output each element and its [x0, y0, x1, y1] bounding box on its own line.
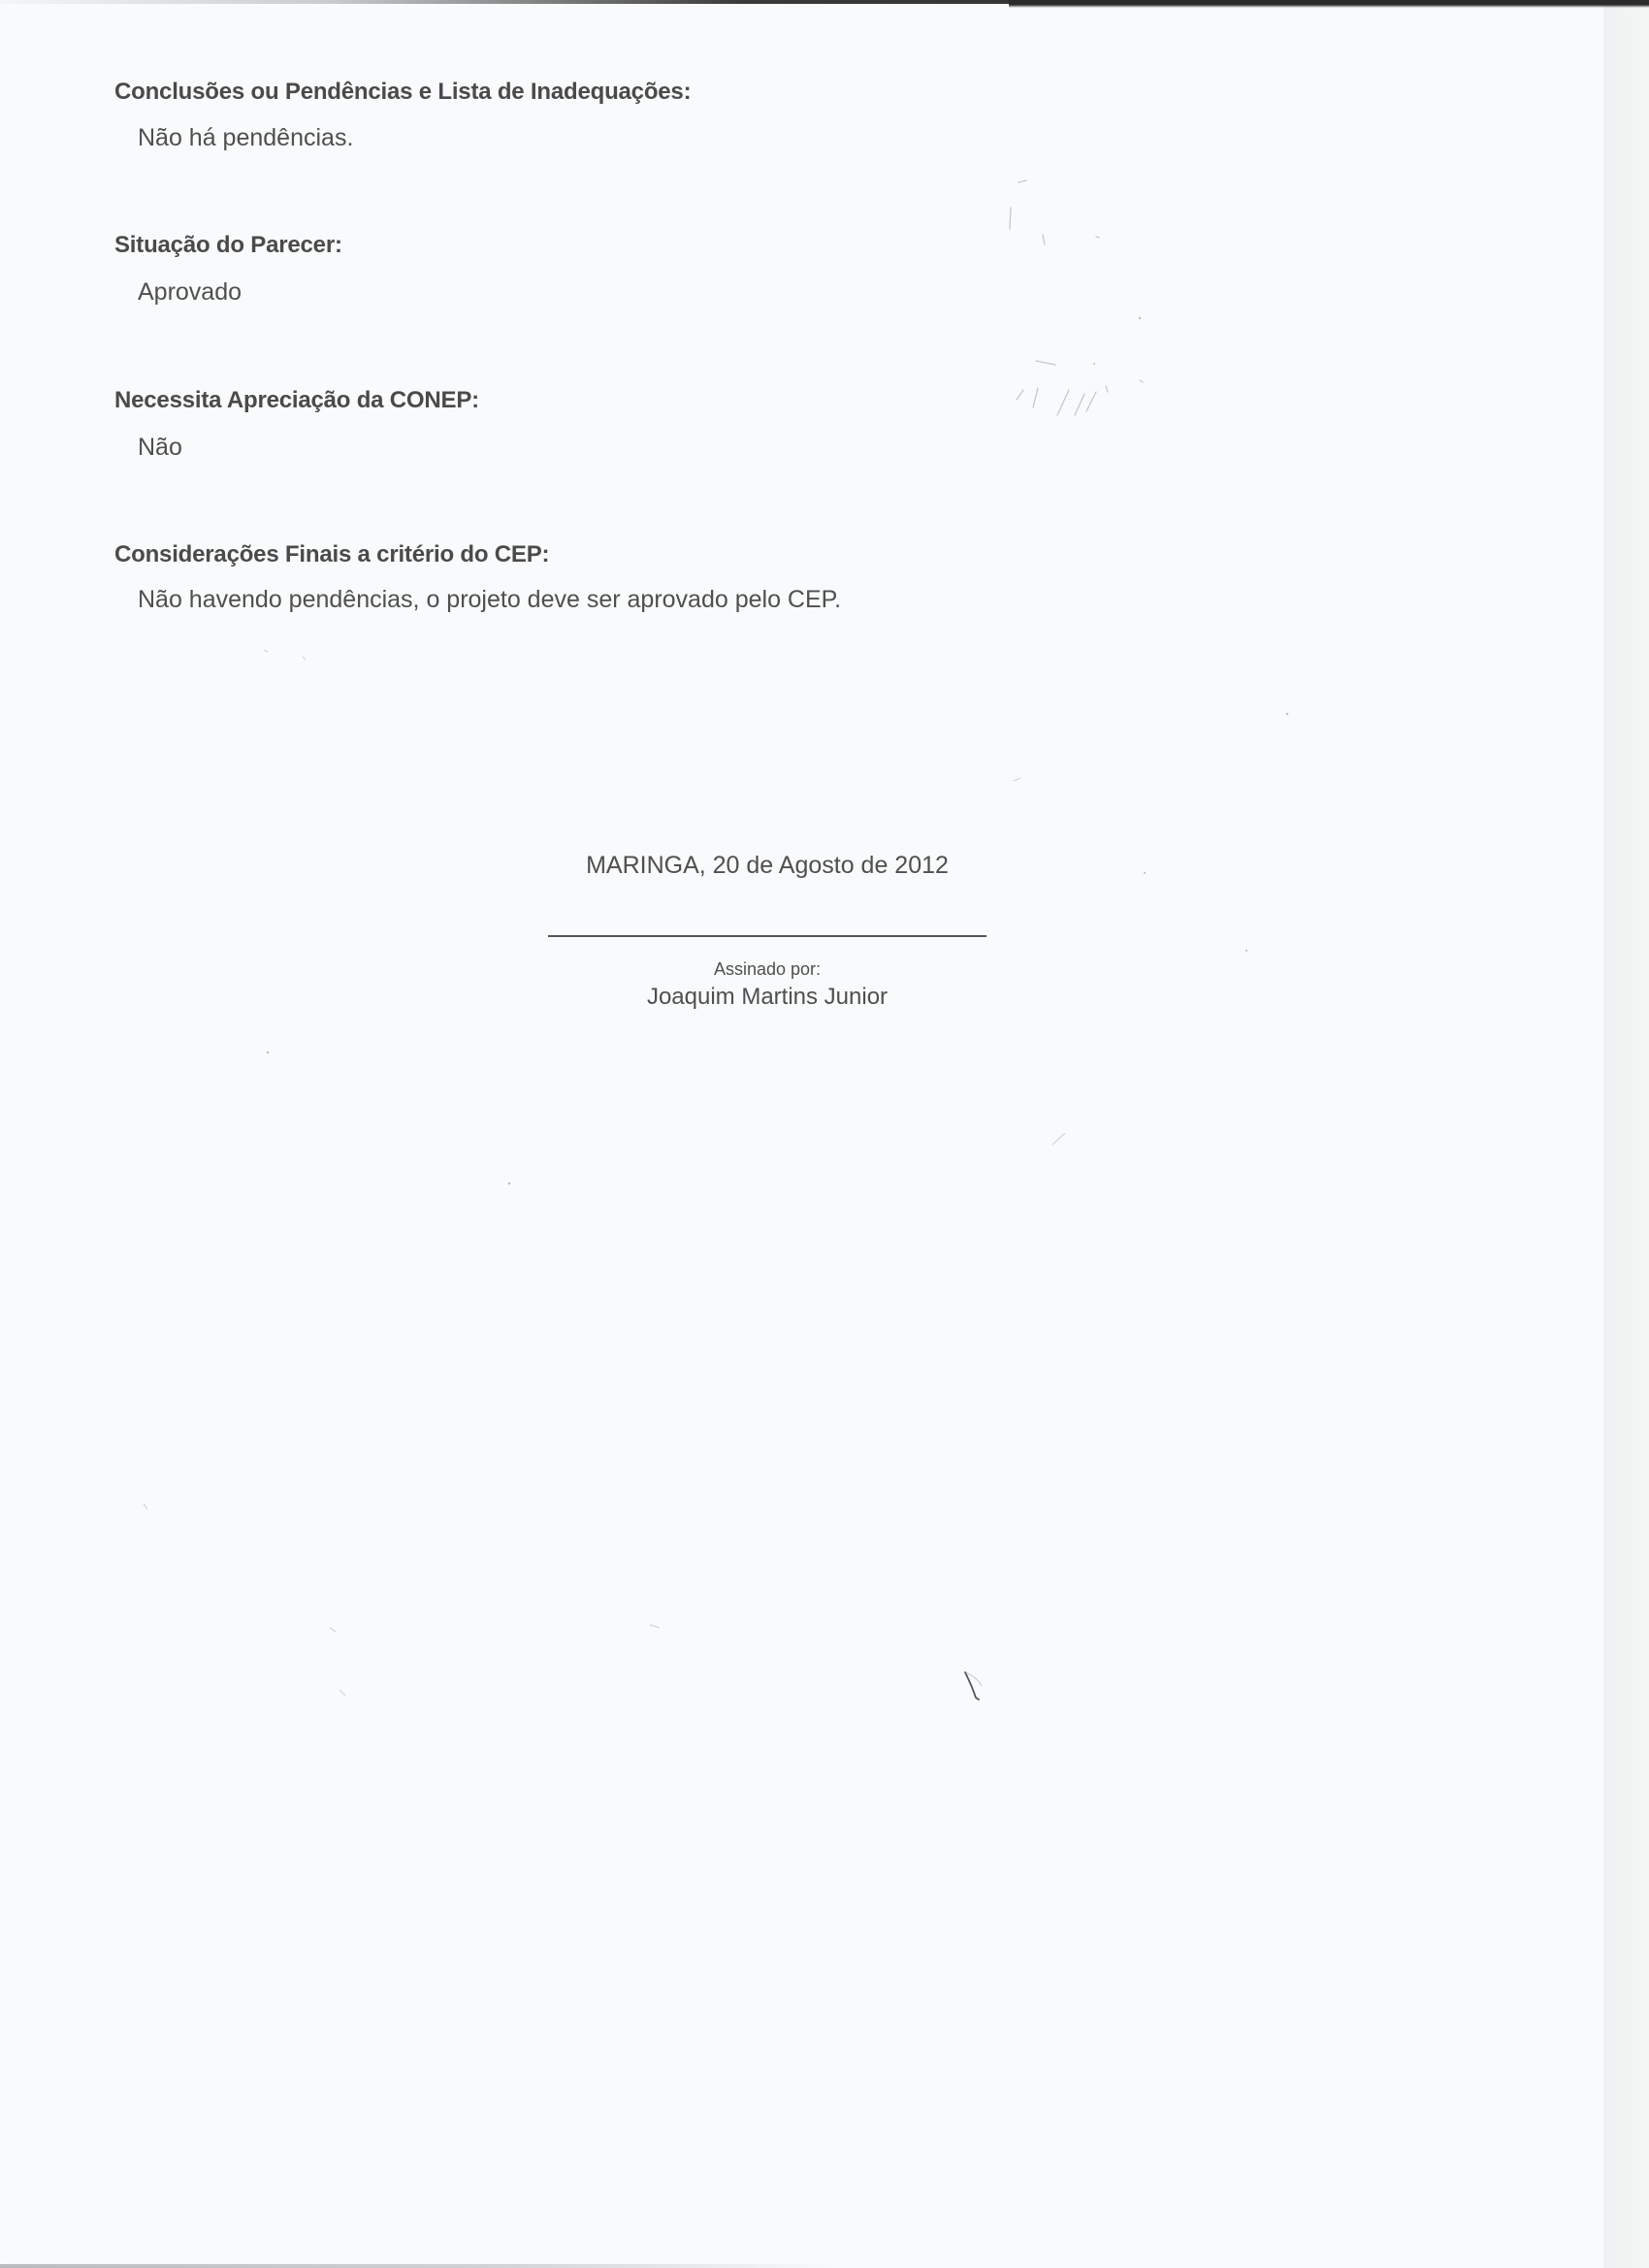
- scanned-page: [0, 0, 1603, 2268]
- signature-block: MARINGA, 20 de Agosto de 2012 Assinado p…: [548, 854, 986, 878]
- section-content-conep: Não: [138, 436, 182, 460]
- section-content-conclusions: Não há pendências.: [138, 126, 353, 150]
- place-and-date: MARINGA, 20 de Agosto de 2012: [548, 854, 986, 878]
- section-content-final-considerations: Não havendo pendências, o projeto deve s…: [138, 588, 841, 612]
- scan-bottom-edge: [0, 2264, 834, 2268]
- section-heading-conep: Necessita Apreciação da CONEP:: [114, 389, 479, 412]
- scan-top-edge-shadow: [1009, 0, 1649, 8]
- scan-margin: [1603, 0, 1649, 2268]
- section-heading-final-considerations: Considerações Finais a critério do CEP:: [114, 543, 549, 567]
- section-heading-status: Situação do Parecer:: [114, 234, 342, 257]
- section-heading-conclusions: Conclusões ou Pendências e Lista de Inad…: [114, 81, 691, 104]
- signed-by-label: Assinado por:: [548, 960, 986, 978]
- signature-line: [548, 935, 986, 937]
- signer-name: Joaquim Martins Junior: [548, 986, 986, 1009]
- section-content-status: Aprovado: [138, 280, 242, 305]
